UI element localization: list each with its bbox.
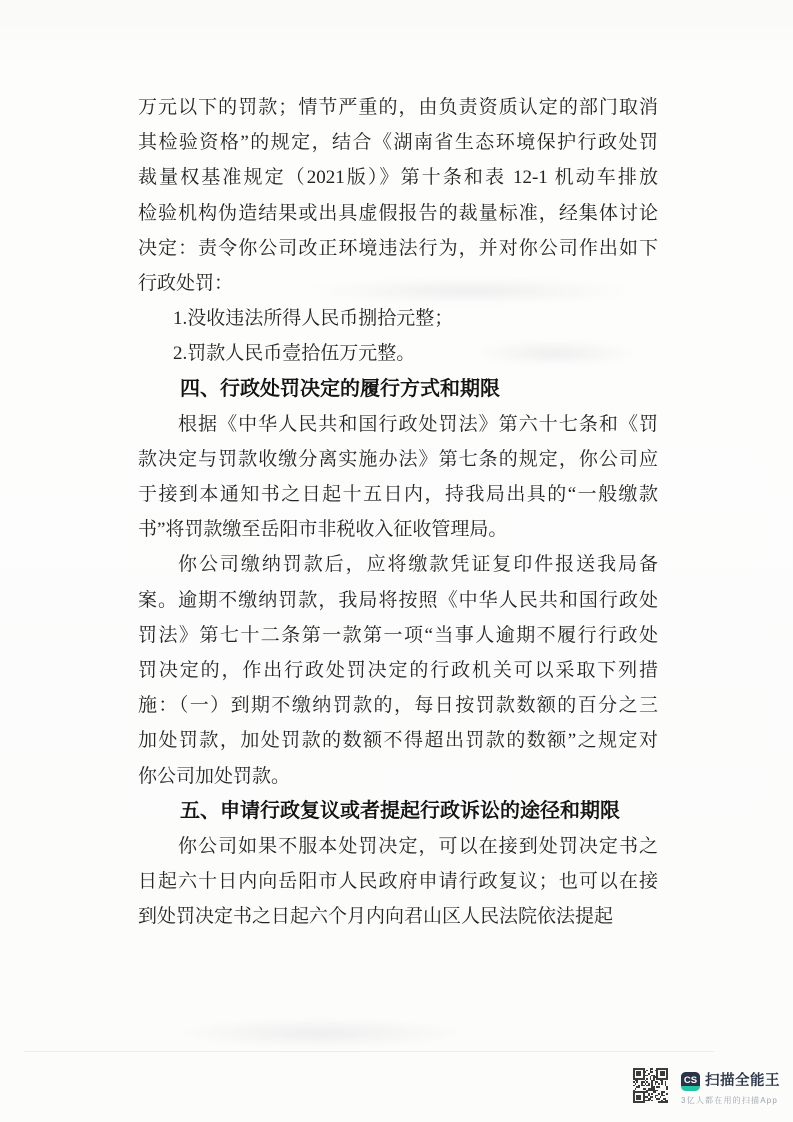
document-line-20: 你公司加处罚款。 (138, 759, 658, 794)
camscanner-logo-icon: CS (681, 1072, 700, 1091)
document-line-14: 你公司缴纳罚款后，应将缴款凭证复印件报送我局备 (138, 547, 658, 582)
document-line-8: 2.罚款人民币壹拾伍万元整。 (138, 336, 658, 371)
document-text-block: 万元以下的罚款；情节严重的，由负责资质认定的部门取消其检验资格”的规定，结合《湖… (138, 90, 658, 935)
document-line-16: 罚法》第七十二条第一款第一项“当事人逾期不履行行政处 (138, 618, 658, 653)
document-line-17: 罚决定的，作出行政处罚决定的行政机关可以采取下列措 (138, 653, 658, 688)
document-line-22: 你公司如果不服本处罚决定，可以在接到处罚决定书之 (138, 829, 658, 864)
document-line-11: 款决定与罚款收缴分离实施办法》第七条的规定，你公司应 (138, 442, 658, 477)
document-line-23: 日起六十日内向岳阳市人民政府申请行政复议；也可以在接 (138, 864, 658, 899)
document-line-6: 行政处罚： (138, 266, 658, 301)
document-line-13: 书”将罚款缴至岳阳市非税收入征收管理局。 (138, 512, 658, 547)
camscanner-tagline: 3亿人都在用的扫描App (681, 1095, 778, 1106)
qr-module (666, 1101, 668, 1103)
camscanner-app-name: 扫描全能王 (705, 1072, 780, 1091)
scanned-document-page: 万元以下的罚款；情节严重的，由负责资质认定的部门取消其检验资格”的规定，结合《湖… (0, 0, 793, 1122)
document-line-3: 裁量权基准规定（2021版）》第十条和表 12-1 机动车排放 (138, 160, 658, 195)
document-line-2: 其检验资格”的规定，结合《湖南省生态环境保护行政处罚 (138, 125, 658, 160)
scan-smudge (170, 1018, 470, 1048)
document-line-7: 1.没收违法所得人民币捌拾元整； (138, 301, 658, 336)
document-line-1: 万元以下的罚款；情节严重的，由负责资质认定的部门取消 (138, 90, 658, 125)
document-line-24: 到处罚决定书之日起六个月内向君山区人民法院依法提起 (138, 899, 658, 934)
document-line-9: 四、行政处罚决定的履行方式和期限 (138, 372, 658, 407)
document-line-15: 案。逾期不缴纳罚款，我局将按照《中华人民共和国行政处 (138, 583, 658, 618)
document-line-5: 决定：责令你公司改正环境违法行为，并对你公司作出如下 (138, 231, 658, 266)
document-line-18: 施：（一）到期不缴纳罚款的，每日按罚款数额的百分之三 (138, 688, 658, 723)
document-line-12: 于接到本通知书之日起十五日内，持我局出具的“一般缴款 (138, 477, 658, 512)
document-line-10: 根据《中华人民共和国行政处罚法》第六十七条和《罚 (138, 407, 658, 442)
document-line-21: 五、申请行政复议或者提起行政诉讼的途径和期限 (138, 794, 658, 829)
document-line-19: 加处罚款，加处罚款的数额不得超出罚款的数额”之规定对 (138, 723, 658, 758)
document-line-4: 检验机构伪造结果或出具虚假报告的裁量标准，经集体讨论 (138, 196, 658, 231)
qr-code (633, 1068, 668, 1103)
camscanner-logo-text: CS (684, 1075, 697, 1086)
scan-fold-line (24, 1051, 714, 1052)
